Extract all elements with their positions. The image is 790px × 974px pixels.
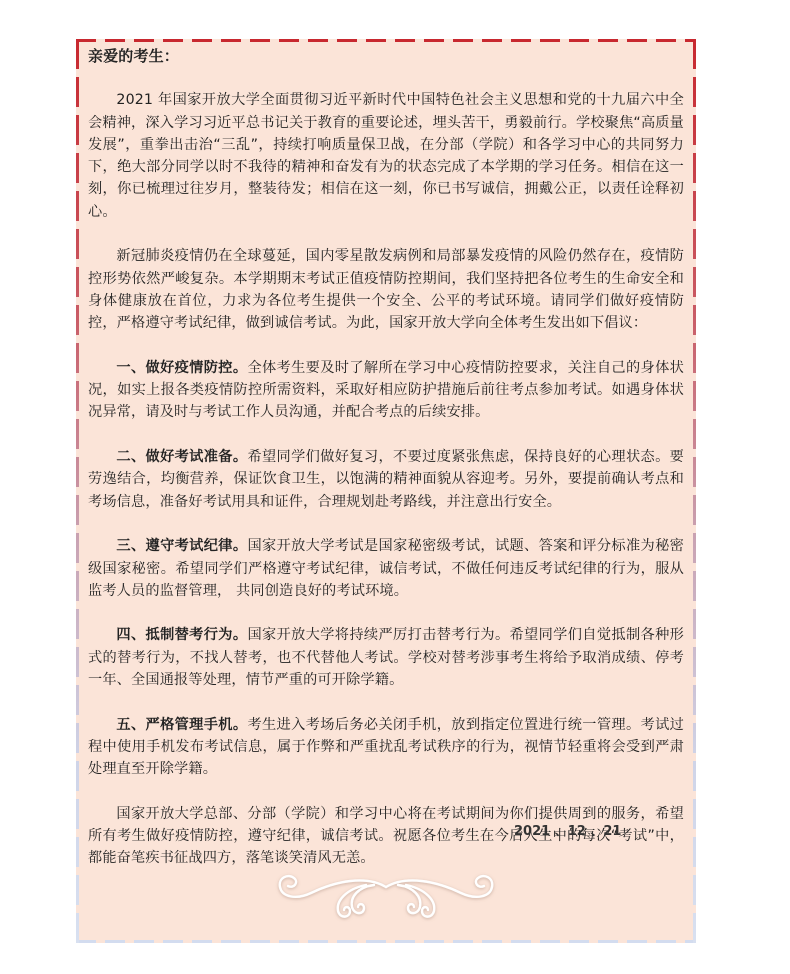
letter-greeting: 亲爱的考生： [88, 45, 684, 67]
paragraph-epidemic: 新冠肺炎疫情仍在全球蔓延，国内零星散发病例和局部暴发疫情的风险仍然存在，疫情防控… [88, 245, 684, 334]
paragraph-text: 新冠肺炎疫情仍在全球蔓延，国内零星散发病例和局部暴发疫情的风险仍然存在，疫情防控… [88, 248, 684, 331]
paragraph-item-3: 三、遵守考试纪律。国家开放大学考试是国家秘密级考试，试题、答案和评分标准为秘密级… [88, 535, 684, 602]
paragraph-lead: 三、遵守考试纪律。 [116, 538, 247, 554]
paragraph-lead: 一、做好疫情防控。 [116, 360, 247, 376]
dashed-border-left [76, 39, 79, 943]
paragraph-intro: 2021 年国家开放大学全面贯彻习近平新时代中国特色社会主义思想和党的十九届六中… [88, 89, 684, 223]
dashed-border-bottom [76, 940, 696, 943]
paragraph-item-1: 一、做好疫情防控。全体考生要及时了解所在学习中心疫情防控要求，关注自己的身体状况… [88, 357, 684, 424]
paragraph-lead: 二、做好考试准备。 [116, 449, 247, 465]
paragraph-text: 2021 年国家开放大学全面贯彻习近平新时代中国特色社会主义思想和党的十九届六中… [88, 92, 684, 219]
dashed-border-right [693, 39, 696, 943]
paragraph-item-5: 五、严格管理手机。考生进入考场后务必关闭手机，放到指定位置进行统一管理。考试过程… [88, 714, 684, 781]
paragraph-lead: 四、抵制替考行为。 [116, 627, 247, 643]
paragraph-item-4: 四、抵制替考行为。国家开放大学将持续严厉打击替考行为。希望同学们自觉抵制各种形式… [88, 624, 684, 691]
dashed-border-top [76, 39, 696, 42]
flourish-ornament-icon [266, 863, 506, 923]
letter-card: 亲爱的考生： 2021 年国家开放大学全面贯彻习近平新时代中国特色社会主义思想和… [76, 39, 696, 943]
letter-date: 2021 、12 、21 [514, 820, 621, 839]
paragraph-item-2: 二、做好考试准备。希望同学们做好复习，不要过度紧张焦虑，保持良好的心理状态。要劳… [88, 446, 684, 513]
letter-body: 亲爱的考生： 2021 年国家开放大学全面贯彻习近平新时代中国特色社会主义思想和… [88, 45, 684, 892]
paragraph-lead: 五、严格管理手机。 [116, 717, 247, 733]
